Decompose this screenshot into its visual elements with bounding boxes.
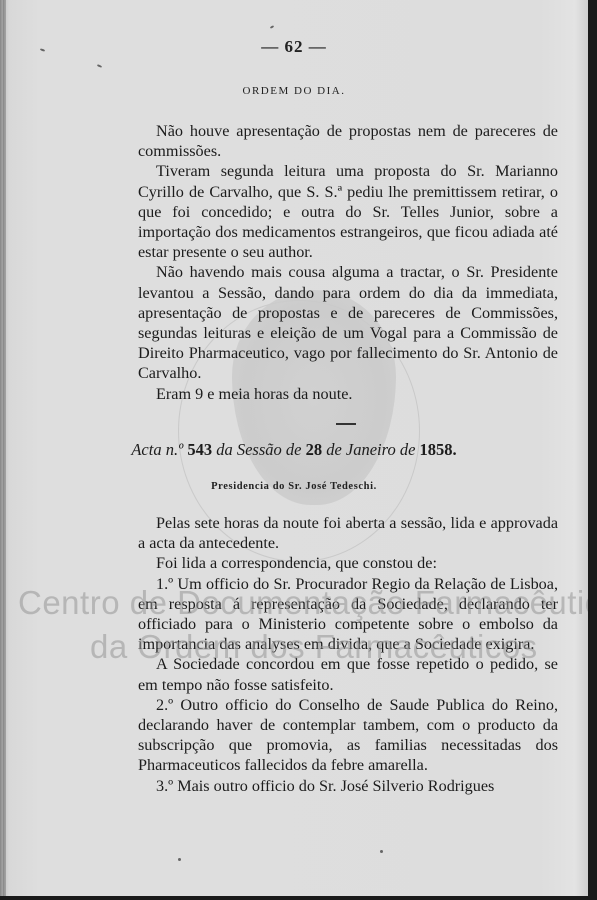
- paper-speck: [97, 64, 102, 68]
- paper-speck: [270, 25, 274, 29]
- acta-title-prefix: Acta n.º: [131, 440, 183, 459]
- presidency-line: Presidencia do Sr. José Tedeschi.: [0, 481, 588, 492]
- acta-title-of: de Janeiro de: [326, 440, 415, 459]
- paper-speck: [178, 858, 181, 861]
- acta-year: 1858.: [420, 440, 457, 459]
- section-divider: [336, 423, 356, 425]
- ordem-do-dia-body: Não houve apresentação de propostas nem …: [138, 121, 558, 404]
- acta-day: 28: [306, 440, 323, 459]
- section-title: ORDEM DO DIA.: [0, 85, 588, 97]
- paragraph: Eram 9 e meia horas da noute.: [138, 384, 558, 404]
- paragraph: Tiveram segunda leitura uma proposta do …: [138, 161, 558, 262]
- watermark-text-line2: da Ordem dos Farmacêuticos: [90, 628, 538, 666]
- paragraph: Não houve apresentação de propostas nem …: [138, 121, 558, 161]
- paragraph: Não havendo mais cousa alguma a tractar,…: [138, 262, 558, 383]
- page-number: — 62 —: [0, 37, 588, 57]
- paragraph: 2.º Outro officio do Conselho de Saude P…: [138, 695, 558, 776]
- scanned-page: — 62 — ORDEM DO DIA. Não houve apresenta…: [0, 0, 588, 896]
- paragraph: Foi lida a correspondencia, que constou …: [138, 553, 558, 573]
- paper-speck: [380, 850, 383, 853]
- acta-title-middle: da Sessão de: [216, 440, 301, 459]
- acta-number: 543: [187, 440, 212, 459]
- paragraph: 3.º Mais outro officio do Sr. José Silve…: [138, 776, 558, 796]
- paragraph: Pelas sete horas da noute foi aberta a s…: [138, 513, 558, 553]
- watermark-text-line1: Centro de Documentação Farmacêutica: [18, 584, 588, 622]
- acta-title: Acta n.º 543 da Sessão de 28 de Janeiro …: [0, 440, 588, 460]
